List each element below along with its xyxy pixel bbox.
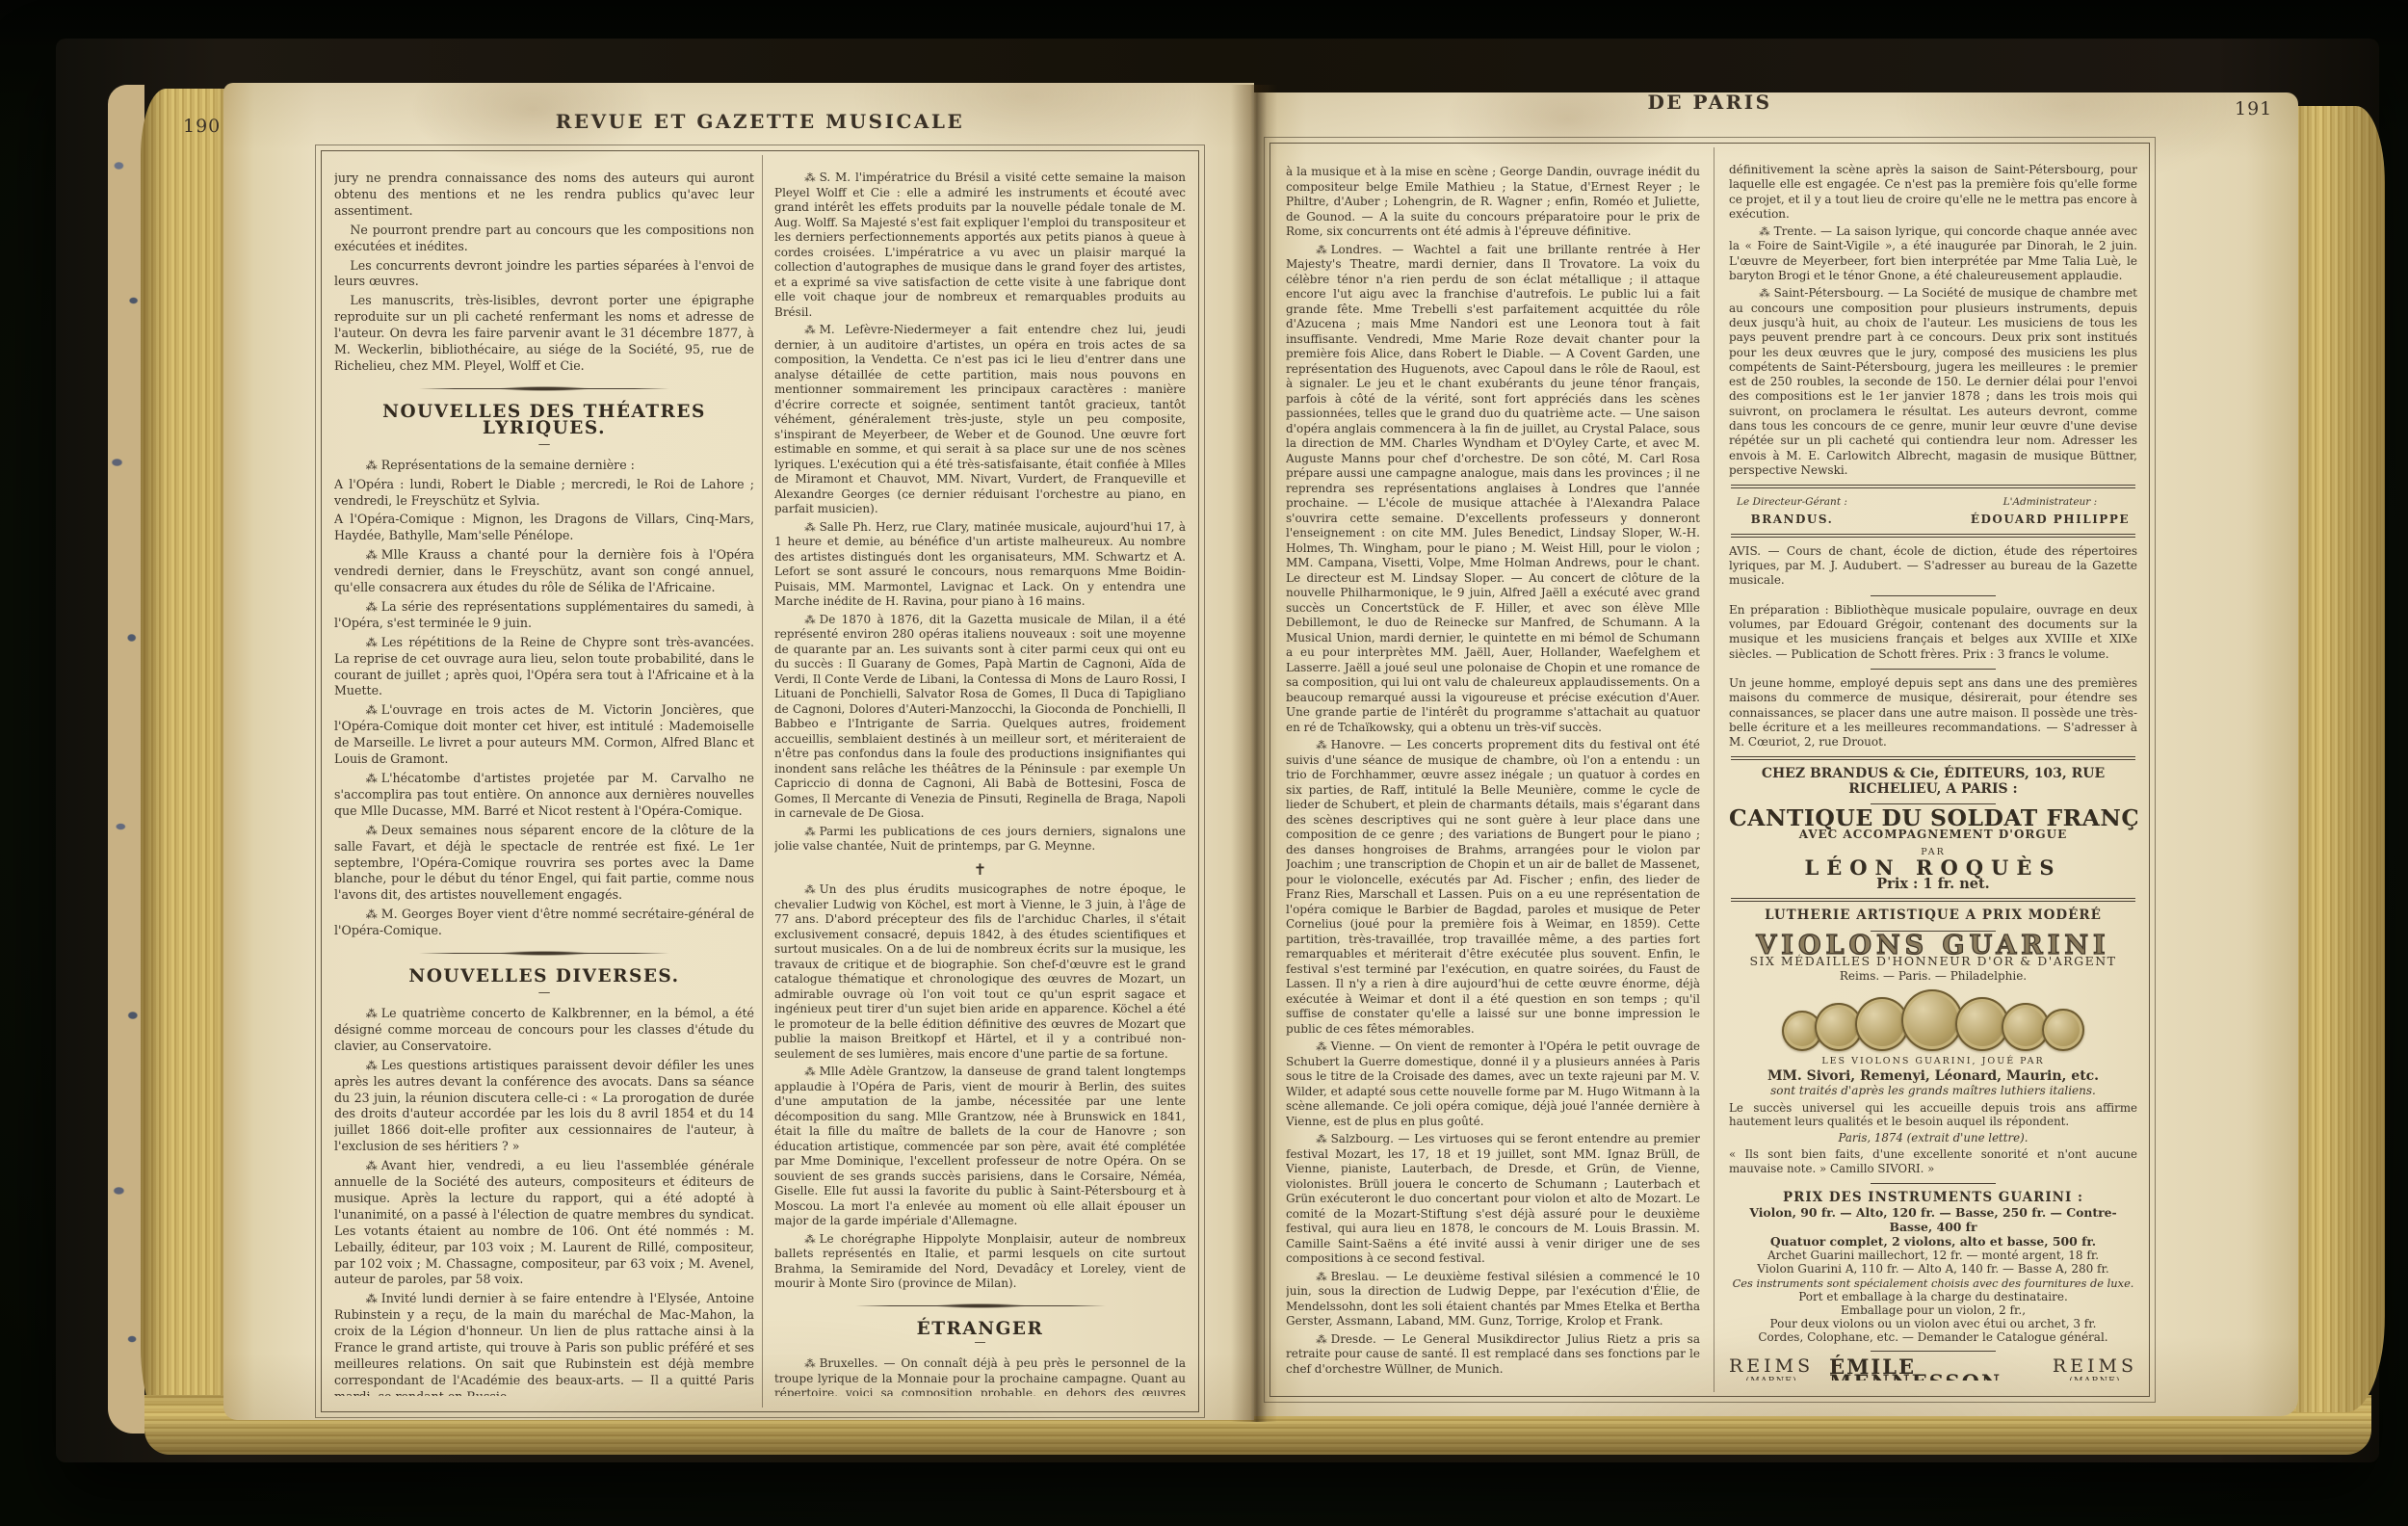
paragraph: jury ne prendra connaissance des noms de… <box>334 171 754 220</box>
price-line: Violon, 90 fr. — Alto, 120 fr. — Basse, … <box>1729 1206 2137 1234</box>
news-item-paragraph: ⁂L'hécatombe d'artistes projetée par M. … <box>334 771 754 820</box>
price-note: Ces instruments sont spécialement choisi… <box>1729 1276 2137 1290</box>
heading-dash: — <box>774 1337 1186 1348</box>
asterism-mark: ⁂ <box>790 520 815 536</box>
ad-heading: PRIX DES INSTRUMENTS GUARINI : <box>1729 1191 2137 1205</box>
ad-letter-reference: Paris, 1874 (extrait d'une lettre). <box>1729 1131 2137 1145</box>
heading-dash: — <box>334 987 754 997</box>
asterism-mark: ⁂ <box>790 1232 815 1248</box>
news-item-paragraph: ⁂Bruxelles. — On connaît déjà à peu près… <box>774 1356 1186 1396</box>
news-item-paragraph: ⁂Invité lundi dernier à se faire entendr… <box>334 1291 754 1396</box>
news-item-paragraph: ⁂Londres. — Wachtel a fait une brillante… <box>1286 243 1700 736</box>
price-line: Cordes, Colophane, etc. — Demander le Ca… <box>1729 1330 2137 1344</box>
ad-paragraph: Le succès universel qui les accueille de… <box>1729 1101 2137 1130</box>
asterism-mark: ⁂ <box>790 882 815 898</box>
asterism-mark: ⁂ <box>350 771 376 787</box>
news-item-paragraph: ⁂Deux semaines nous séparent encore de l… <box>334 823 754 905</box>
asterism-mark: ⁂ <box>790 171 815 186</box>
section-heading: NOUVELLES DES THÉATRES LYRIQUES. <box>334 405 754 437</box>
asterism-mark: ⁂ <box>1301 1332 1326 1348</box>
ad-paragraph: « Ils sont bien faits, d'une excellente … <box>1729 1147 2137 1176</box>
obituary-cross: ✝ <box>774 862 1186 878</box>
paragraph: Un jeune homme, employé depuis sept ans … <box>1729 676 2137 750</box>
asterism-mark: ⁂ <box>1301 1132 1326 1147</box>
news-item-paragraph: ⁂Les répétitions de la Reine de Chypre s… <box>334 635 754 700</box>
content-frame-left: jury ne prendra connaissance des noms de… <box>321 150 1199 1412</box>
news-item-paragraph: ⁂Saint-Pétersbourg. — La Société de musi… <box>1729 286 2137 478</box>
news-item-paragraph: ⁂La série des représentations supplément… <box>334 599 754 632</box>
short-rule <box>1871 669 1996 670</box>
asterism-mark: ⁂ <box>350 547 376 564</box>
mennesson-row: REIMS(MARNE)ÉMILE MENNESSONREIMS(MARNE) <box>1729 1358 2137 1381</box>
masthead-name: BRANDUS. <box>1737 513 1847 527</box>
news-item-paragraph: ⁂Les questions artistiques paraissent de… <box>334 1058 754 1155</box>
price-line: Pour deux violons ou un violon avec étui… <box>1729 1317 2137 1330</box>
paragraph: définitivement la scène après la saison … <box>1729 163 2137 222</box>
page-number-right: 191 <box>2235 98 2272 119</box>
section-heading: ÉTRANGER <box>774 1322 1186 1337</box>
price-line: Violon Guarini A, 110 fr. — Alto A, 140 … <box>1729 1262 2137 1276</box>
double-rule <box>1731 534 2135 538</box>
asterism-mark: ⁂ <box>1744 224 1769 239</box>
price-line: Port et emballage à la charge du destina… <box>1729 1290 2137 1303</box>
ad-small-caps-line: LES VIOLONS GUARINI, JOUÉ PAR <box>1729 1054 2137 1068</box>
asterism-mark: ⁂ <box>350 1158 376 1174</box>
price-line: Emballage pour un violon, 2 fr., <box>1729 1303 2137 1317</box>
asterism-mark: ⁂ <box>350 1058 376 1074</box>
masthead-side: Le Directeur-Gérant :BRANDUS. <box>1737 495 1847 527</box>
marbled-spine-edge <box>108 85 144 1434</box>
asterism-mark: ⁂ <box>1301 1270 1326 1285</box>
medals-illustration <box>1729 989 2137 1051</box>
news-item-paragraph: ⁂Breslau. — Le deuxième festival silésie… <box>1286 1270 1700 1329</box>
mennesson-city: REIMS(MARNE) <box>1729 1358 1814 1381</box>
asterism-mark: ⁂ <box>790 323 815 338</box>
running-title-left: REVUE ET GAZETTE MUSICALE <box>321 110 1199 133</box>
news-item-paragraph: ⁂Parmi les publications de ces jours der… <box>774 825 1186 855</box>
text-column-right-1: à la musique et à la mise en scène ; Geo… <box>1286 165 1700 1379</box>
book-spread-photo: 190 REVUE ET GAZETTE MUSICALE DE PARIS 1… <box>0 0 2408 1526</box>
page-number-left: 190 <box>183 116 221 137</box>
masthead-role-label: L'Administrateur : <box>1971 495 2130 510</box>
news-item-paragraph: ⁂M. Lefèvre-Niedermeyer a fait entendre … <box>774 323 1186 517</box>
section-heading: NOUVELLES DIVERSES. <box>334 969 754 986</box>
running-title-right: DE PARIS <box>1269 91 2150 114</box>
news-item-paragraph: ⁂Mlle Krauss a chanté pour la dernière f… <box>334 547 754 596</box>
asterism-mark: ⁂ <box>1744 286 1769 301</box>
asterism-mark: ⁂ <box>790 825 815 840</box>
ad-publisher-line: CHEZ BRANDUS & Cie, ÉDITEURS, 103, RUE R… <box>1729 767 2137 797</box>
paragraph: Ne pourront prendre part au concours que… <box>334 223 754 255</box>
tapered-divider <box>419 385 669 392</box>
text-column-right-2: définitivement la scène après la saison … <box>1729 163 2137 1381</box>
double-rule <box>1731 485 2135 488</box>
asterism-mark: ⁂ <box>350 1006 376 1022</box>
ad-display-title: VIOLONS GUARINI <box>1729 938 2137 953</box>
ad-title: CANTIQUE DU SOLDAT FRANÇAIS <box>1729 811 2137 826</box>
masthead-directors: Le Directeur-Gérant :BRANDUS.L'Administr… <box>1737 495 2130 527</box>
ad-heading: LUTHERIE ARTISTIQUE A PRIX MODÉRÉ <box>1729 908 2137 923</box>
asterism-mark: ⁂ <box>350 1291 376 1307</box>
content-frame-right: à la musique et à la mise en scène ; Geo… <box>1269 143 2150 1397</box>
asterism-mark: ⁂ <box>350 599 376 616</box>
asterism-mark: ⁂ <box>350 635 376 651</box>
news-item-paragraph: ⁂Dresde. — Le General Musikdirector Juli… <box>1286 1332 1700 1378</box>
news-item-paragraph: ⁂Mlle Adèle Grantzow, la danseuse de gra… <box>774 1065 1186 1229</box>
ad-artist-names: MM. Sivori, Remenyi, Léonard, Maurin, et… <box>1729 1069 2137 1084</box>
mennesson-city: REIMS(MARNE) <box>2053 1358 2137 1381</box>
double-rule <box>1731 756 2135 760</box>
asterism-mark: ⁂ <box>1301 738 1326 753</box>
paragraph: à la musique et à la mise en scène ; Geo… <box>1286 165 1700 240</box>
news-item-paragraph: ⁂Vienne. — On vient de remonter à l'Opér… <box>1286 1039 1700 1129</box>
ad-cities-line: Reims. — Paris. — Philadelphie. <box>1729 969 2137 984</box>
paragraph: A l'Opéra : lundi, Robert le Diable ; me… <box>334 477 754 510</box>
text-column-left-2: ⁂S. M. l'impératrice du Brésil a visité … <box>774 171 1186 1396</box>
short-rule <box>1871 595 1996 596</box>
news-item-paragraph: ⁂L'ouvrage en trois actes de M. Victorin… <box>334 702 754 768</box>
asterism-mark: ⁂ <box>790 1065 815 1080</box>
ad-italic-line: sont traités d'après les grands maîtres … <box>1729 1084 2137 1098</box>
double-rule <box>1731 898 2135 902</box>
asterism-mark: ⁂ <box>350 458 376 474</box>
masthead-side: L'Administrateur :ÉDOUARD PHILIPPE <box>1971 495 2130 527</box>
short-rule <box>1871 1183 1996 1184</box>
short-rule <box>1871 1351 1996 1352</box>
paragraph: A l'Opéra-Comique : Mignon, les Dragons … <box>334 512 754 544</box>
asterism-mark: ⁂ <box>1301 243 1326 258</box>
news-item-paragraph: ⁂Un des plus érudits musicographes de no… <box>774 882 1186 1062</box>
asterism-mark: ⁂ <box>790 1356 815 1372</box>
mennesson-ad: REIMS(MARNE)ÉMILE MENNESSONREIMS(MARNE)L… <box>1729 1358 2137 1381</box>
news-item-paragraph: ⁂Trente. — La saison lyrique, qui concor… <box>1729 224 2137 283</box>
news-item-paragraph: ⁂Le quatrième concerto de Kalkbrenner, e… <box>334 1006 754 1055</box>
ad-author-name: LÉON ROQUÈS <box>1729 860 2137 875</box>
news-item-paragraph: ⁂Avant hier, vendredi, a eu lieu l'assem… <box>334 1158 754 1288</box>
news-item-paragraph: ⁂Hanovre. — Les concerts proprement dits… <box>1286 738 1700 1037</box>
medal-icon <box>2042 1009 2084 1051</box>
price-line: Archet Guarini maillechort, 12 fr. — mon… <box>1729 1249 2137 1262</box>
paragraph: Les concurrents devront joindre les part… <box>334 258 754 291</box>
news-item-paragraph: ⁂De 1870 à 1876, dit la Gazetta musicale… <box>774 613 1186 822</box>
asterism-mark: ⁂ <box>350 702 376 719</box>
paragraph: Les manuscrits, très-lisibles, devront p… <box>334 293 754 375</box>
page-edges-right <box>2296 106 2385 1412</box>
paragraph: AVIS. — Cours de chant, école de diction… <box>1729 544 2137 589</box>
column-rule <box>1714 147 1714 1392</box>
asterism-mark: ⁂ <box>1301 1039 1326 1055</box>
news-item-paragraph: ⁂Représentations de la semaine dernière … <box>334 458 754 474</box>
column-rule <box>762 155 763 1408</box>
news-item-paragraph: ⁂S. M. l'impératrice du Brésil a visité … <box>774 171 1186 320</box>
tapered-divider <box>419 950 669 957</box>
ad-medal-line: SIX MÉDAILLES D'HONNEUR D'OR & D'ARGENT <box>1729 954 2137 968</box>
asterism-mark: ⁂ <box>790 613 815 628</box>
masthead-name: ÉDOUARD PHILIPPE <box>1971 513 2130 527</box>
news-item-paragraph: ⁂Salzbourg. — Les virtuoses qui se feron… <box>1286 1132 1700 1267</box>
medal-icon <box>1901 989 1963 1051</box>
ad-price: Prix : 1 fr. net. <box>1729 877 2137 891</box>
news-item-paragraph: ⁂M. Georges Boyer vient d'être nommé sec… <box>334 907 754 939</box>
tapered-divider <box>855 1302 1106 1309</box>
page-edges-left <box>141 89 229 1434</box>
price-line: Quatuor complet, 2 violons, alto et bass… <box>1729 1235 2137 1250</box>
heading-dash: — <box>334 438 754 449</box>
paragraph: En préparation : Bibliothèque musicale p… <box>1729 603 2137 662</box>
masthead-role-label: Le Directeur-Gérant : <box>1737 495 1847 510</box>
text-column-left-1: jury ne prendra connaissance des noms de… <box>334 171 754 1396</box>
news-item-paragraph: ⁂Le chorégraphe Hippolyte Monplaisir, au… <box>774 1232 1186 1292</box>
news-item-paragraph: ⁂Salle Ph. Herz, rue Clary, matinée musi… <box>774 520 1186 610</box>
asterism-mark: ⁂ <box>350 907 376 923</box>
mennesson-name: ÉMILE MENNESSON <box>1829 1359 2037 1381</box>
asterism-mark: ⁂ <box>350 823 376 839</box>
